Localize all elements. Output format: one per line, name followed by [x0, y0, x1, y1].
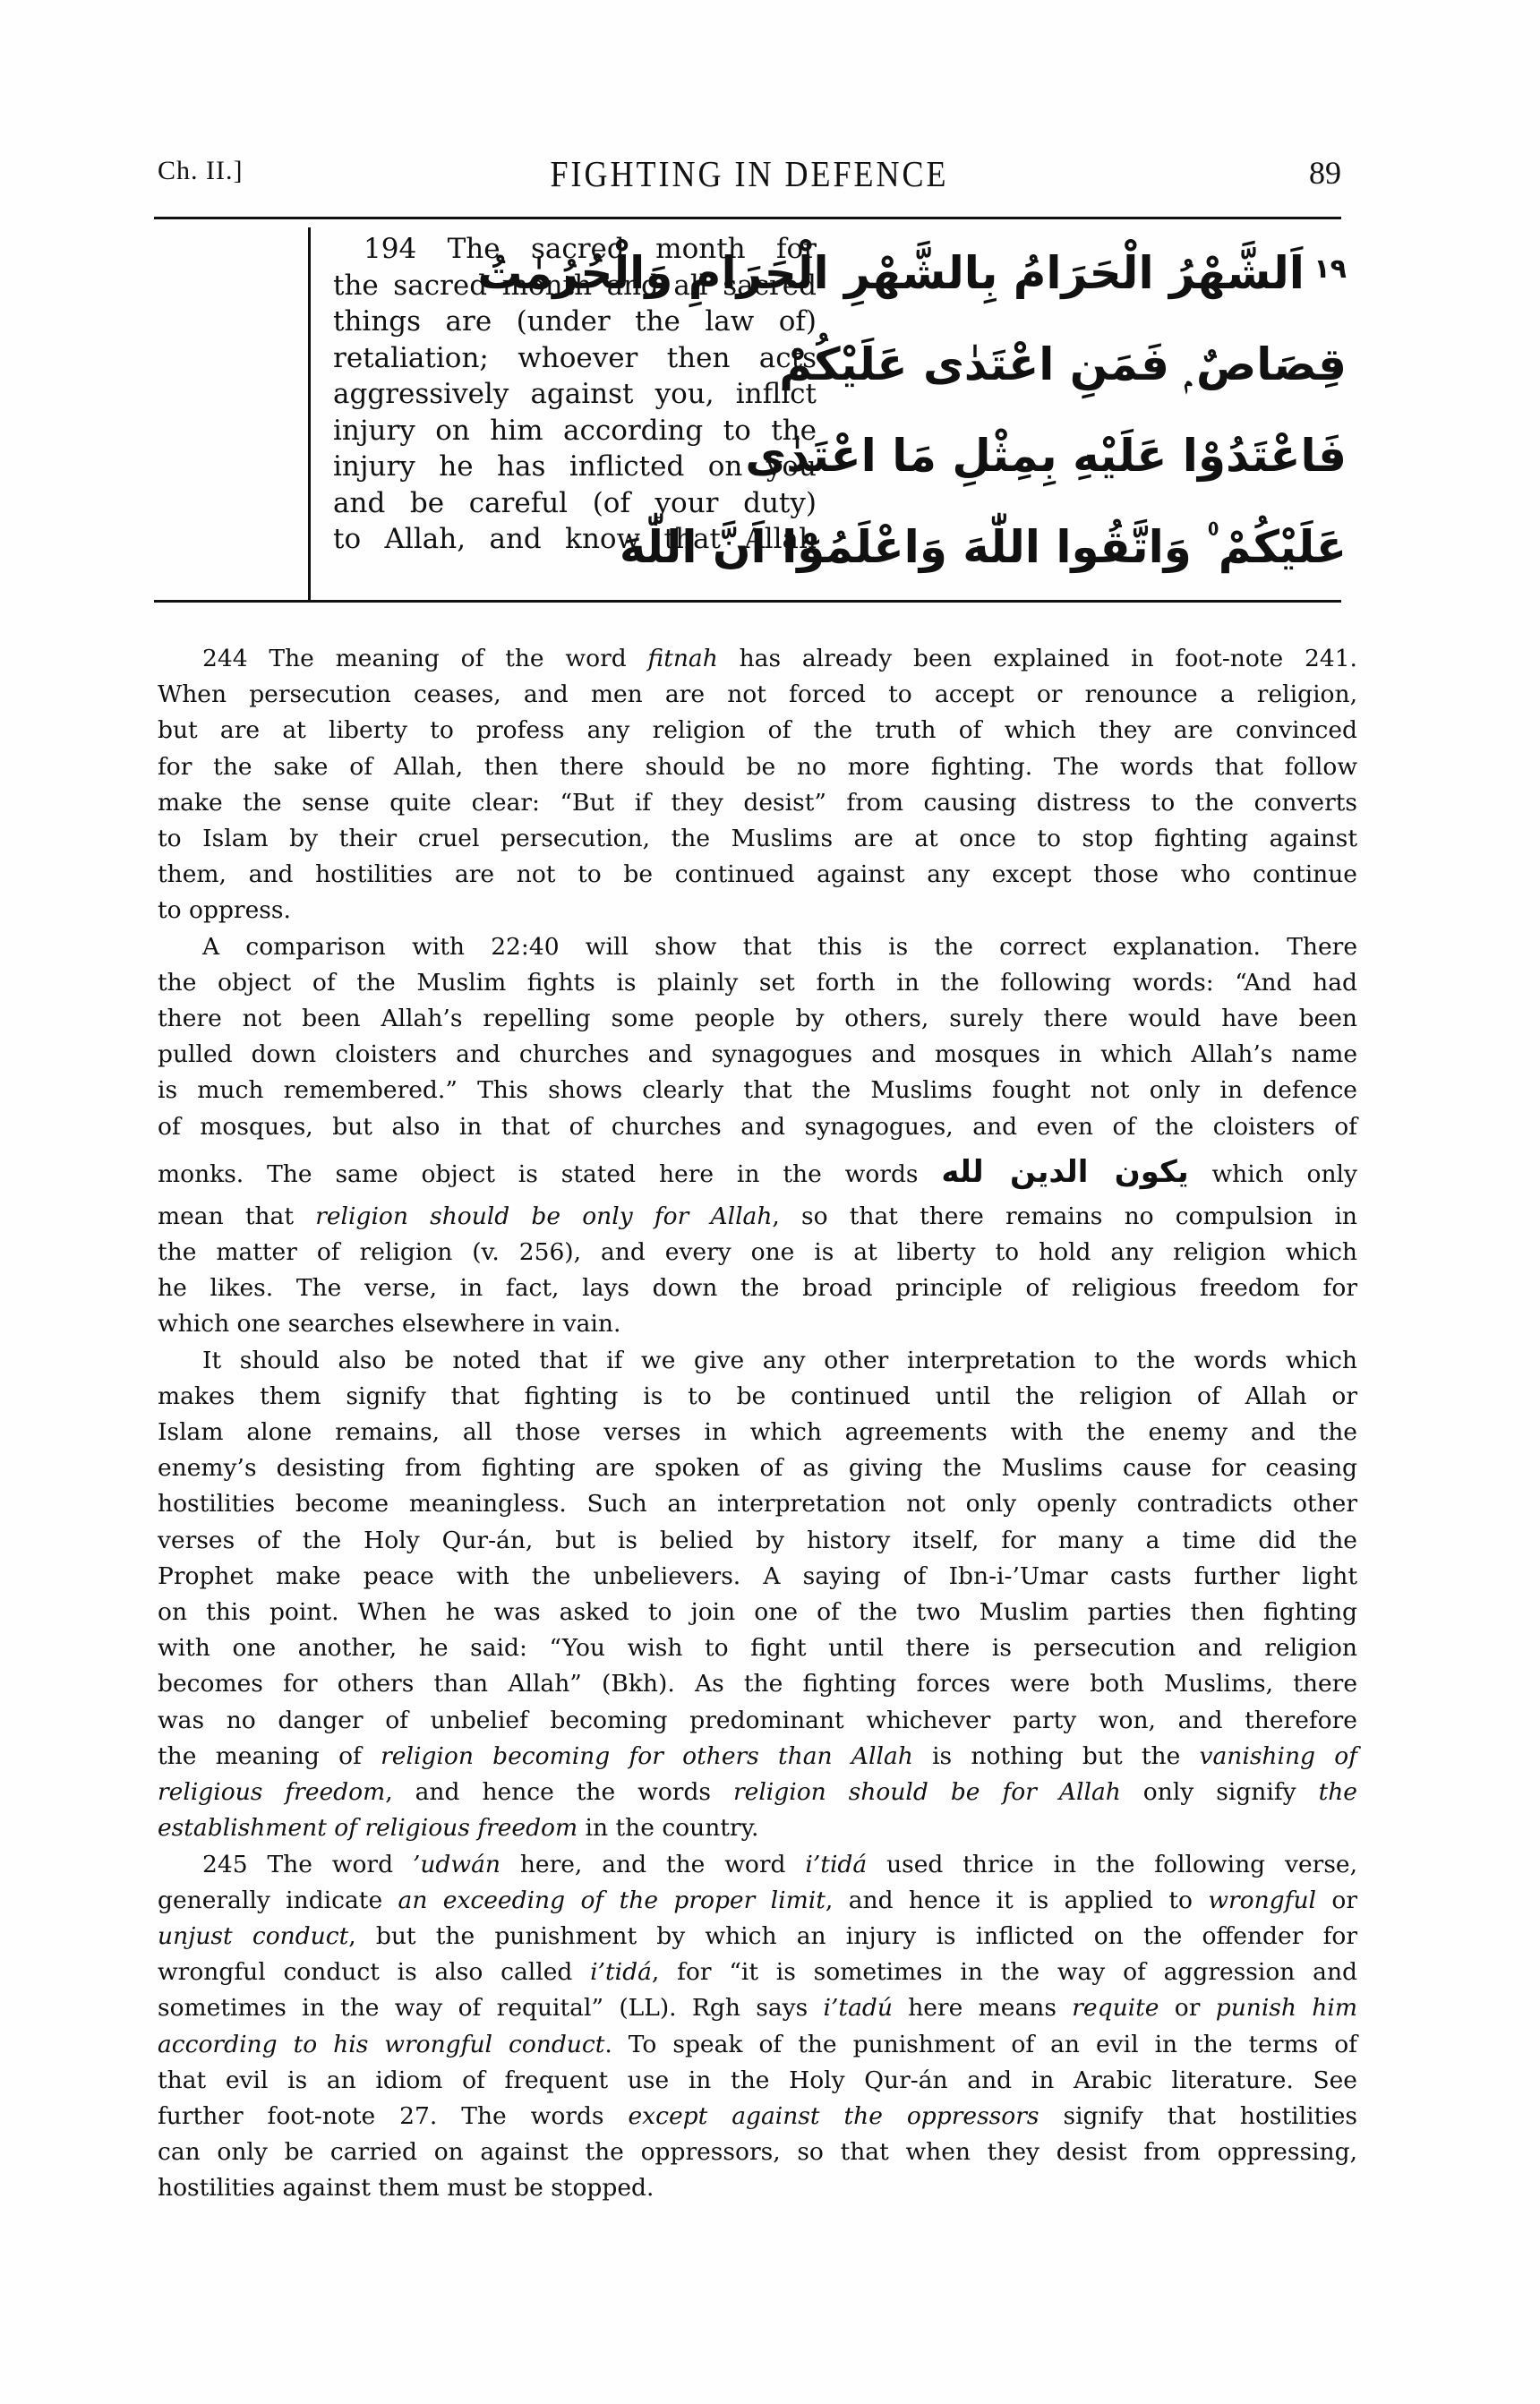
footnote-line: verses of the Holy Qur-án, but is belied… — [158, 1523, 1357, 1559]
footnote-line: 245 The word ’udwán here, and the word i… — [158, 1847, 1357, 1883]
footnote-line: wrongful conduct is also called i’tidá, … — [158, 1955, 1357, 1990]
footnote-line: When persecution ceases, and men are not… — [158, 677, 1357, 713]
arabic-verse-line: عَلَيْكُمْ ۠ وَاتَّقُوا اللّٰهَ وَاعْلَم… — [849, 501, 1347, 593]
top-rule — [154, 217, 1341, 219]
footnote-line: Islam alone remains, all those verses in… — [158, 1415, 1357, 1450]
italic-term: religion becoming for others than Allah — [381, 1742, 913, 1770]
italic-term: establishment of religious freedom — [158, 1814, 577, 1842]
footnote-line: which one searches elsewhere in vain. — [158, 1306, 1357, 1342]
verse-number-marker: ١٩ — [1305, 253, 1347, 285]
footnote-line: monks. The same object is stated here in… — [158, 1145, 1357, 1199]
footnote-line: that evil is an idiom of frequent use in… — [158, 2063, 1357, 2099]
footnote-line: religious freedom, and hence the words r… — [158, 1775, 1357, 1810]
bottom-rule — [154, 600, 1341, 603]
italic-term: unjust conduct — [158, 1922, 348, 1950]
footnote-line: can only be carried on against the oppre… — [158, 2135, 1357, 2170]
verse-arabic: ١٩ اَلشَّهْرُ الْحَرَامُ بِالشَّهْرِ الْ… — [849, 224, 1347, 593]
italic-term: religious freedom — [158, 1778, 385, 1806]
footnote-line: but are at liberty to profess any religi… — [158, 713, 1357, 749]
italic-term: according to his wrongful conduct — [158, 2031, 604, 2058]
footnote-line: Prophet make peace with the unbelievers.… — [158, 1559, 1357, 1595]
footnote-line: generally indicate an exceeding of the p… — [158, 1883, 1357, 1919]
italic-term: religion should be for Allah — [733, 1778, 1121, 1806]
footnote-line: of mosques, but also in that of churches… — [158, 1109, 1357, 1145]
running-head: Ch. II.] FIGHTING IN DEFENCE 89 — [158, 150, 1341, 190]
footnotes: 244 The meaning of the word fitnah has a… — [158, 641, 1357, 2207]
footnote-line: further foot-note 27. The words except a… — [158, 2099, 1357, 2135]
italic-term: except against the oppressors — [628, 2102, 1039, 2130]
footnote-line: make the sense quite clear: “But if they… — [158, 785, 1357, 821]
footnote-line: the meaning of religion becoming for oth… — [158, 1739, 1357, 1775]
verse-line: injury he has inflicted on you — [333, 449, 817, 485]
footnote-line: according to his wrongful conduct. To sp… — [158, 2027, 1357, 2063]
italic-term: ’udwán — [413, 1851, 500, 1878]
page-number: 89 — [1309, 154, 1341, 192]
italic-term: requite — [1072, 1994, 1159, 2022]
page-title: FIGHTING IN DEFENCE — [158, 152, 1341, 195]
footnote-line: becomes for others than Allah” (Bkh). As… — [158, 1666, 1357, 1702]
footnote-line: unjust conduct, but the punishment by wh… — [158, 1919, 1357, 1955]
footnote-line: to Islam by their cruel persecution, the… — [158, 821, 1357, 857]
arabic-verse-line: قِصَاصٌ ۭ فَمَنِ اعْتَدٰى عَلَيْكُمْ — [849, 319, 1347, 410]
verse-line: retaliation; whoever then acts — [333, 340, 817, 377]
footnote-line: for the sake of Allah, then there should… — [158, 749, 1357, 785]
footnote-line: was no danger of unbelief becoming predo… — [158, 1703, 1357, 1739]
italic-term: an exceeding of the proper limit — [398, 1886, 826, 1914]
footnote-line: he likes. The verse, in fact, lays down … — [158, 1270, 1357, 1306]
footnote-line: It should also be noted that if we give … — [158, 1343, 1357, 1379]
italic-term: vanishing of — [1200, 1742, 1358, 1770]
italic-term: fitnah — [648, 645, 718, 672]
italic-term: i’tadú — [824, 1994, 893, 2022]
italic-term: punish him — [1216, 1994, 1357, 2022]
italic-term: i’tidá — [805, 1851, 867, 1878]
inline-arabic-phrase: يكون الدين لله — [941, 1154, 1188, 1190]
footnote-line: to oppress. — [158, 893, 1357, 928]
footnote-line: there not been Allah’s repelling some pe… — [158, 1001, 1357, 1037]
footnote-line: hostilities against them must be stopped… — [158, 2170, 1357, 2206]
footnote-line: establishment of religious freedom in th… — [158, 1810, 1357, 1846]
footnote-line: A comparison with 22:40 will show that t… — [158, 929, 1357, 965]
footnote-line: on this point. When he was asked to join… — [158, 1595, 1357, 1630]
footnote-line: the object of the Muslim fights is plain… — [158, 965, 1357, 1001]
verse-line: injury on him according to the — [333, 413, 817, 449]
footnote-line: pulled down cloisters and churches and s… — [158, 1037, 1357, 1073]
footnote-line: makes them signify that fighting is to b… — [158, 1379, 1357, 1415]
book-page: Ch. II.] FIGHTING IN DEFENCE 89 194 The … — [0, 0, 1540, 2404]
footnote-line: mean that religion should be only for Al… — [158, 1199, 1357, 1235]
italic-term: religion should be only for Allah — [315, 1202, 772, 1230]
italic-term: the — [1319, 1778, 1357, 1806]
margin-rule — [308, 227, 311, 600]
arabic-verse-line: ١٩ اَلشَّهْرُ الْحَرَامُ بِالشَّهْرِ الْ… — [849, 224, 1347, 319]
italic-term: wrongful — [1208, 1886, 1316, 1914]
verse-line: aggressively against you, inflict — [333, 376, 817, 413]
arabic-verse-line: فَاعْتَدُوْا عَلَيْهِ بِمِثْلِ مَا اعْتَ… — [849, 410, 1347, 501]
footnote-line: sometimes in the way of requital” (LL). … — [158, 1990, 1357, 2026]
footnote-line: hostilities become meaningless. Such an … — [158, 1486, 1357, 1522]
footnote-line: the matter of religion (v. 256), and eve… — [158, 1235, 1357, 1270]
footnote-line: 244 The meaning of the word fitnah has a… — [158, 641, 1357, 677]
footnote-line: them, and hostilities are not to be cont… — [158, 857, 1357, 893]
footnote-line: enemy’s desisting from fighting are spok… — [158, 1450, 1357, 1486]
italic-term: i’tidá — [590, 1958, 652, 1986]
footnote-line: is much remembered.” This shows clearly … — [158, 1073, 1357, 1108]
footnote-line: with one another, he said: “You wish to … — [158, 1630, 1357, 1666]
